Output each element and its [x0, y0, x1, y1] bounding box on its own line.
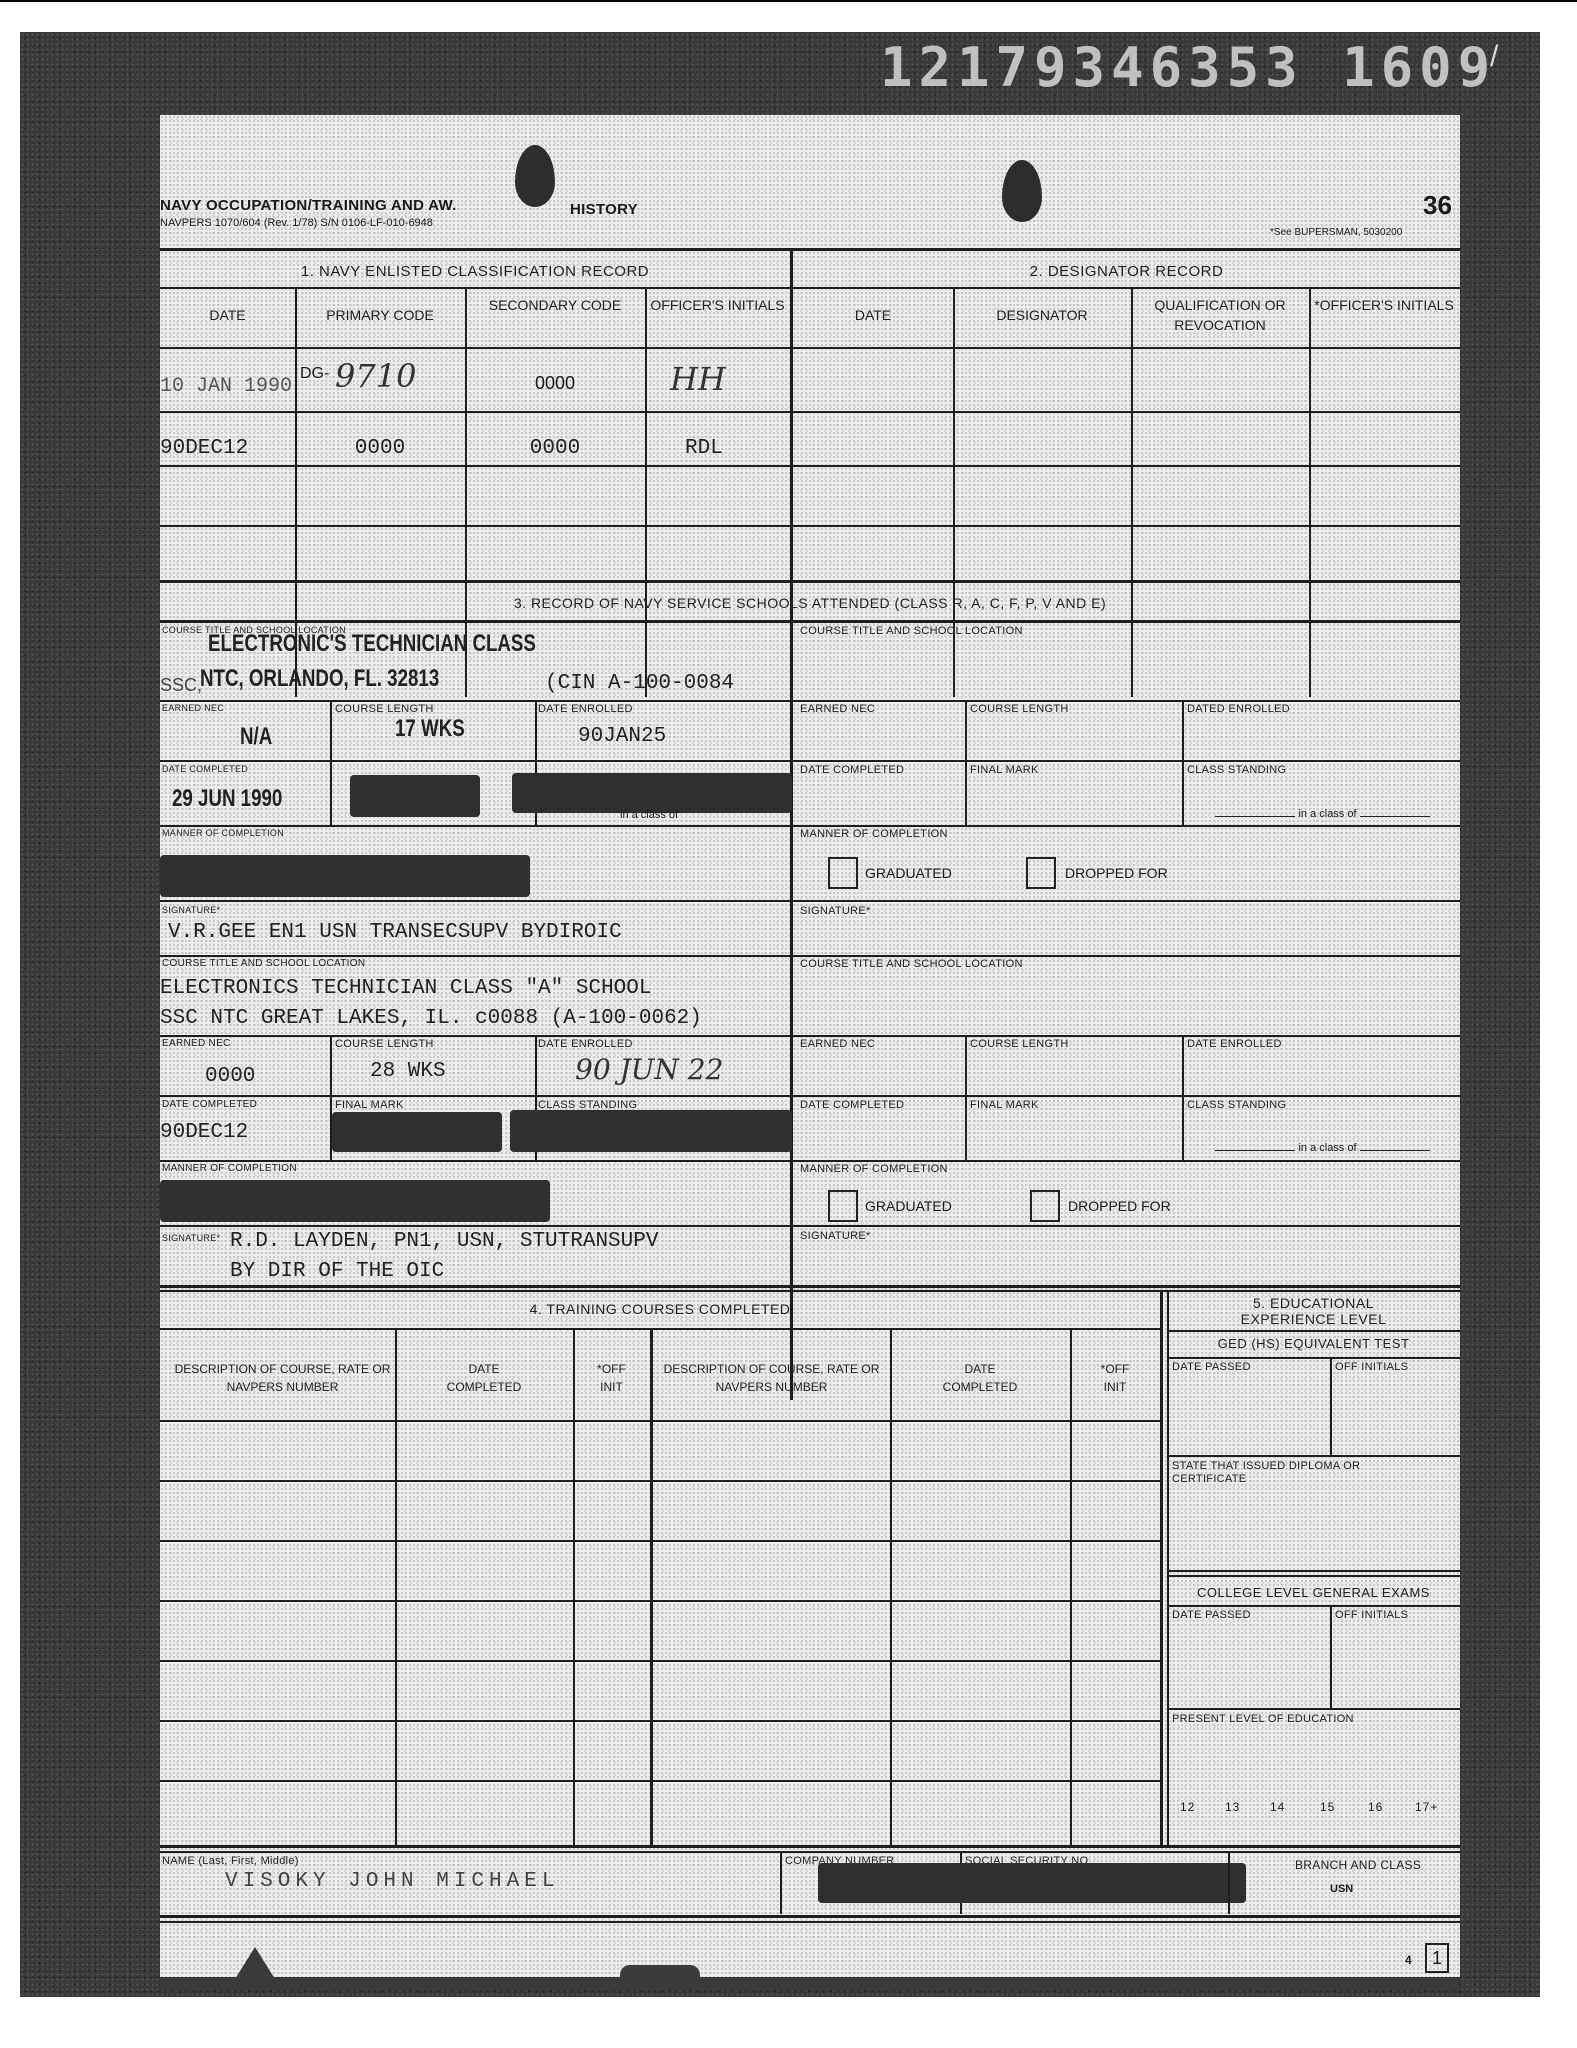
present-level-label: PRESENT LEVEL OF EDUCATION [1172, 1713, 1354, 1725]
branch-class-value: USN [1330, 1883, 1353, 1895]
s1-row2-date: 90DEC12 [160, 437, 248, 460]
edu-level-15[interactable]: 15 [1320, 1800, 1335, 1814]
s3b-length-value: 28 WKS [370, 1060, 446, 1083]
s3d-class-standing-label: CLASS STANDING [1187, 1099, 1286, 1111]
s3b-manner-redaction [160, 1180, 550, 1222]
s3a-nec-value: N/A [240, 723, 272, 751]
s3a-course-prefix: SSC, [160, 675, 202, 696]
s3c-graduated-checkbox[interactable] [828, 857, 858, 889]
s3b-completed-value: 90DEC12 [160, 1121, 248, 1144]
s3a-nec-label: EARNED NEC [162, 703, 224, 713]
s3c-nec-label: EARNED NEC [800, 703, 875, 715]
s3d-length-label: COURSE LENGTH [970, 1038, 1069, 1050]
s3a-completed-value: 29 JUN 1990 [172, 785, 282, 813]
punch-hole-icon [515, 145, 555, 207]
s3b-course-label: COURSE TITLE AND SCHOOL LOCATION [162, 958, 365, 969]
state-issued-label: STATE THAT ISSUED DIPLOMA OR CERTIFICATE [1172, 1460, 1402, 1486]
form-page: NAVY OCCUPATION/TRAINING AND AW. NAVPERS… [160, 115, 1460, 1990]
s3d-enrolled-label: DATE ENROLLED [1187, 1038, 1282, 1050]
s4-col-desc-left: DESCRIPTION OF COURSE, RATE OR NAVPERS N… [170, 1360, 395, 1396]
edu-level-17plus[interactable]: 17+ [1415, 1800, 1438, 1814]
s2-col-designator: DESIGNATOR [953, 305, 1131, 325]
s3d-final-mark-label: FINAL MARK [970, 1099, 1039, 1111]
clep-off-initials-label: OFF INITIALS [1335, 1609, 1408, 1621]
torn-edge-peak [230, 1947, 280, 1987]
section4-title: 4. TRAINING COURSES COMPLETED [160, 1301, 1160, 1317]
s2-col-initials: *OFFICER'S INITIALS [1309, 295, 1459, 315]
s3d-in-a-class-of: in a class of [1190, 1142, 1455, 1154]
edu-level-16[interactable]: 16 [1368, 1800, 1383, 1814]
s3b-manner-label: MANNER OF COMPLETION [162, 1163, 297, 1174]
s3a-course-line2: NTC, ORLANDO, FL. 32813 [200, 665, 439, 693]
s3a-length-value: 17 WKS [395, 715, 465, 743]
edu-level-12[interactable]: 12 [1180, 1800, 1195, 1814]
s3b-course-line2: SSC NTC GREAT LAKES, IL. c0088 (A-100-00… [160, 1007, 702, 1030]
section3-title: 3. RECORD OF NAVY SERVICE SCHOOLS ATTEND… [160, 595, 1460, 611]
s3b-nec-value: 0000 [205, 1065, 255, 1088]
s1-row1-primary-prefix: DG- [300, 365, 329, 383]
s3d-signature-label: SIGNATURE* [800, 1230, 871, 1242]
s4-col-date-left: DATE COMPLETED [395, 1360, 573, 1396]
s3d-manner-label: MANNER OF COMPLETION [800, 1163, 948, 1175]
s1-row1-date: 10 JAN 1990 [160, 375, 292, 398]
s3a-completed-label: DATE COMPLETED [162, 764, 248, 774]
s3a-enrolled-label: DATE ENROLLED [538, 703, 633, 715]
s3a-manner-redaction [160, 855, 530, 897]
s3b-final-mark-redaction [332, 1112, 502, 1152]
s1-row2-primary: 0000 [295, 437, 465, 460]
s3a-course-cin: (CIN A-100-0084 [545, 672, 734, 695]
s3d-nec-label: EARNED NEC [800, 1038, 875, 1050]
s4-col-init-left: *OFF INIT [573, 1360, 650, 1396]
s3a-final-mark-redaction [350, 775, 480, 817]
s1-row2-secondary: 0000 [465, 437, 645, 460]
stamp-mark: / [1490, 40, 1498, 74]
s3a-class-standing-redaction [512, 773, 792, 813]
section5-title: 5. EDUCATIONALEXPERIENCE LEVEL [1167, 1295, 1460, 1327]
s3a-signature-value: V.R.GEE EN1 USN TRANSECSUPV BYDIROIC [168, 921, 622, 944]
ged-title: GED (HS) EQUIVALENT TEST [1167, 1336, 1460, 1351]
s1-row1-primary: 9710 [335, 357, 416, 395]
s3a-length-label: COURSE LENGTH [335, 703, 434, 715]
s1-row2-initials: RDL [685, 437, 723, 460]
s3a-in-a-class-of: in a class of [620, 809, 678, 821]
form-title-suffix: HISTORY [570, 201, 638, 218]
s3c-in-a-class-of: in a class of [1190, 808, 1455, 820]
s3a-course-line1: ELECTRONIC'S TECHNICIAN CLASS [208, 630, 536, 658]
edu-level-14[interactable]: 14 [1270, 1800, 1285, 1814]
s1-row1-secondary: 0000 [465, 373, 645, 394]
footnote-reference: *See BUPERSMAN, 5030200 [1270, 227, 1402, 238]
s3d-completed-label: DATE COMPLETED [800, 1099, 904, 1111]
s3b-signature-line1: R.D. LAYDEN, PN1, USN, STUTRANSUPV [230, 1230, 658, 1253]
torn-edge-bump [620, 1965, 700, 1985]
s3a-signature-label: SIGNATURE* [162, 905, 220, 915]
punch-hole-icon [1002, 160, 1042, 222]
s3a-enrolled-value: 90JAN25 [578, 725, 666, 748]
s2-col-qualification: QUALIFICATION OR REVOCATION [1131, 295, 1309, 335]
s3b-nec-label: EARNED NEC [162, 1038, 231, 1049]
ged-date-passed-label: DATE PASSED [1172, 1361, 1251, 1373]
ged-off-initials-label: OFF INITIALS [1335, 1361, 1408, 1373]
form-number: NAVPERS 1070/604 (Rev. 1/78) S/N 0106-LF… [160, 217, 433, 229]
s3c-completed-label: DATE COMPLETED [800, 764, 904, 776]
s4-col-desc-right: DESCRIPTION OF COURSE, RATE OR NAVPERS N… [653, 1360, 890, 1396]
s3c-signature-label: SIGNATURE* [800, 905, 871, 917]
ssn-redaction [818, 1863, 1246, 1903]
s3c-dropped-checkbox[interactable] [1026, 857, 1056, 889]
s3b-completed-label: DATE COMPLETED [162, 1099, 257, 1110]
s4-col-init-right: *OFF INIT [1070, 1360, 1160, 1396]
s3b-enrolled-label: DATE ENROLLED [538, 1038, 633, 1050]
page-border [0, 0, 1577, 2]
s1-col-date: DATE [160, 305, 295, 325]
torn-edge [160, 1977, 1460, 1990]
section1-title: 1. NAVY ENLISTED CLASSIFICATION RECORD [160, 263, 790, 280]
s3d-graduated-checkbox[interactable] [828, 1190, 858, 1222]
s3c-manner-label: MANNER OF COMPLETION [800, 828, 948, 840]
edu-level-13[interactable]: 13 [1225, 1800, 1240, 1814]
s3b-final-mark-label: FINAL MARK [335, 1099, 404, 1111]
section5-title-line1: 5. EDUCATIONAL [1167, 1295, 1460, 1311]
s3d-dropped-label: DROPPED FOR [1068, 1198, 1171, 1214]
s3c-graduated-label: GRADUATED [865, 865, 952, 881]
s3c-class-standing-label: CLASS STANDING [1187, 764, 1286, 776]
s2-col-date: DATE [793, 305, 953, 325]
form-title: NAVY OCCUPATION/TRAINING AND AW. [160, 197, 457, 214]
s3b-length-label: COURSE LENGTH [335, 1038, 434, 1050]
s3c-course-label: COURSE TITLE AND SCHOOL LOCATION [800, 625, 1023, 637]
footer-page-number: 4 [1405, 1953, 1412, 1967]
s1-row1-initials: HH [670, 360, 726, 398]
s3b-class-standing-redaction [510, 1110, 792, 1152]
page-number: 36 [1423, 190, 1452, 221]
s3b-course-line1: ELECTRONICS TECHNICIAN CLASS "A" SCHOOL [160, 977, 651, 1000]
s1-col-secondary: SECONDARY CODE [465, 295, 645, 315]
branch-class-label: BRANCH AND CLASS [1295, 1858, 1421, 1872]
s3c-dropped-label: DROPPED FOR [1065, 865, 1168, 881]
s3b-signature-label: SIGNATURE* [162, 1233, 220, 1243]
s1-col-initials: OFFICER'S INITIALS [645, 295, 790, 315]
s3c-final-mark-label: FINAL MARK [970, 764, 1039, 776]
s3a-manner-label: MANNER OF COMPLETION [162, 828, 284, 838]
s3c-enrolled-label: DATED ENROLLED [1187, 703, 1290, 715]
s3b-enrolled-value: 90 JUN 22 [575, 1053, 723, 1086]
record-stamp-number: 12179346353 1609 [880, 36, 1496, 99]
s3c-length-label: COURSE LENGTH [970, 703, 1069, 715]
clep-date-passed-label: DATE PASSED [1172, 1609, 1251, 1621]
section2-title: 2. DESIGNATOR RECORD [793, 263, 1460, 280]
s1-col-primary: PRIMARY CODE [295, 305, 465, 325]
s4-col-date-right: DATE COMPLETED [890, 1360, 1070, 1396]
s3d-dropped-checkbox[interactable] [1030, 1190, 1060, 1222]
s3b-signature-line2: BY DIR OF THE OIC [230, 1260, 444, 1283]
clep-title: COLLEGE LEVEL GENERAL EXAMS [1167, 1585, 1460, 1600]
s3d-graduated-label: GRADUATED [865, 1198, 952, 1214]
s3d-course-label: COURSE TITLE AND SCHOOL LOCATION [800, 958, 1023, 970]
name-value: VISOKY JOHN MICHAEL [225, 1870, 559, 1893]
name-label: NAME (Last, First, Middle) [162, 1855, 299, 1867]
section5-title-line2: EXPERIENCE LEVEL [1167, 1311, 1460, 1327]
footer-box-number: 1 [1425, 1943, 1449, 1973]
